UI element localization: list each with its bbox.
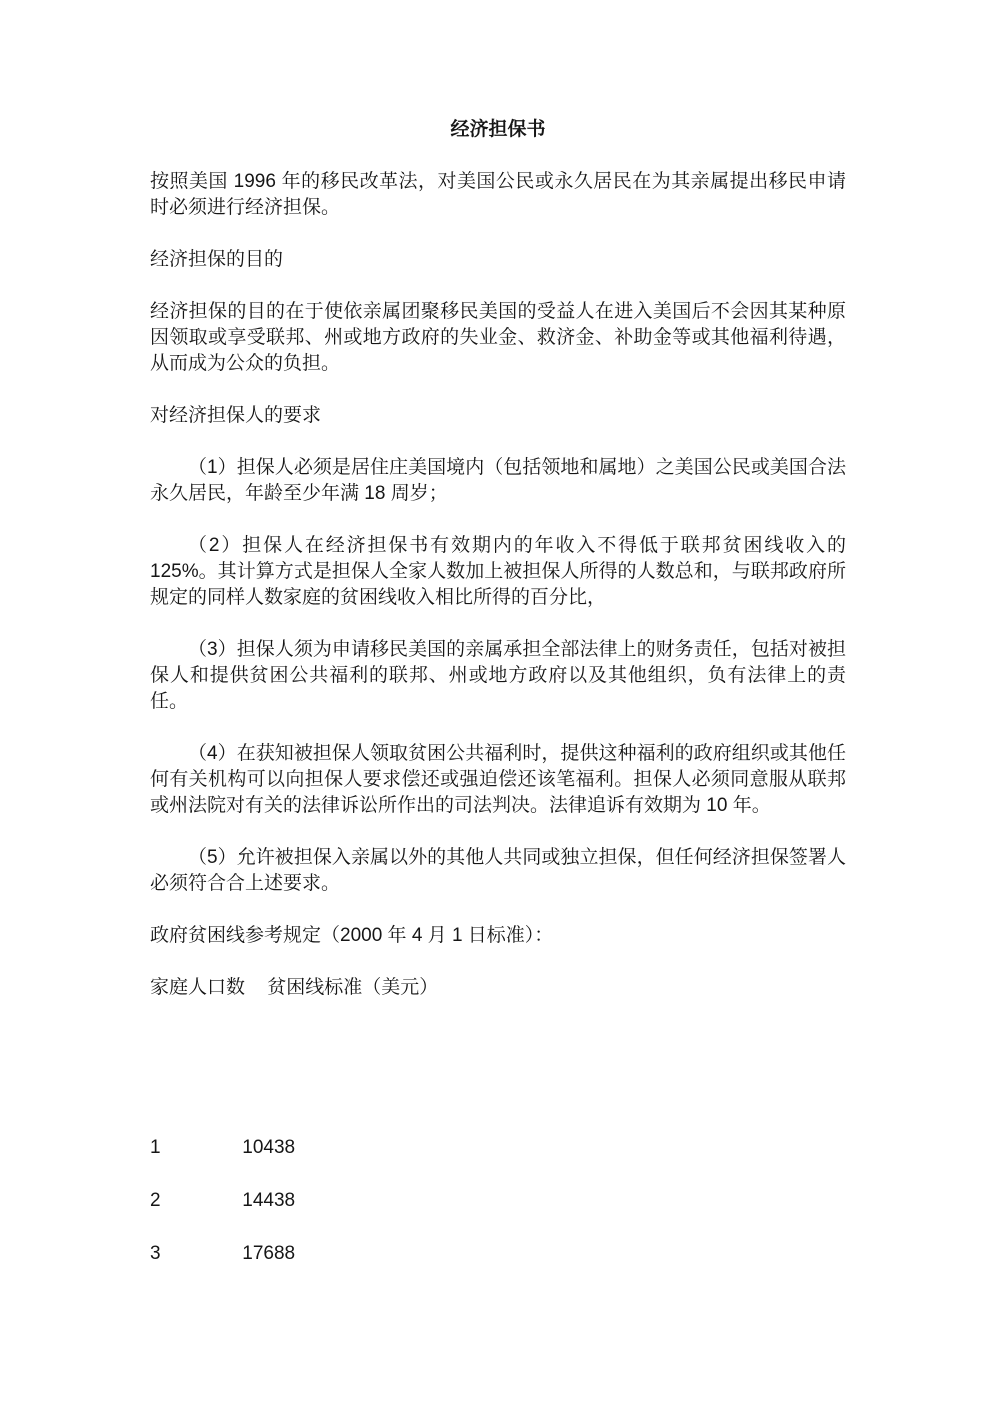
- requirement-item-2: （2）担保人在经济担保书有效期内的年收入不得低于联邦贫困线收入的 125%。其计…: [150, 533, 846, 611]
- column-header-poverty-line: 贫困线标准（美元）: [267, 977, 438, 998]
- requirement-item-1: （1）担保人必须是居住庄美国境内（包括领地和属地）之美国公民或美国合法永久居民，…: [150, 455, 846, 507]
- family-size-cell: 2: [150, 1188, 237, 1214]
- column-header-family-size: 家庭人口数: [150, 975, 262, 1001]
- table-row: 1 10438: [150, 1135, 846, 1161]
- poverty-amount-cell: 17688: [242, 1243, 295, 1264]
- requirements-heading: 对经济担保人的要求: [150, 403, 846, 429]
- family-size-cell: 1: [150, 1135, 237, 1161]
- requirement-item-4: （4）在获知被担保人领取贫困公共福利时，提供这种福利的政府组织或其他任何有关机构…: [150, 741, 846, 819]
- poverty-table-header: 家庭人口数 贫困线标准（美元）: [150, 975, 846, 1001]
- purpose-paragraph: 经济担保的目的在于使依亲属团聚移民美国的受益人在进入美国后不会因其某种原因领取或…: [150, 299, 846, 377]
- table-row: 2 14438: [150, 1188, 846, 1214]
- intro-paragraph: 按照美国 1996 年的移民改革法，对美国公民或永久居民在为其亲属提出移民申请时…: [150, 169, 846, 221]
- document-page: 经济担保书 按照美国 1996 年的移民改革法，对美国公民或永久居民在为其亲属提…: [0, 0, 993, 1404]
- poverty-guideline-heading: 政府贫困线参考规定（2000 年 4 月 1 日标准）：: [150, 923, 846, 949]
- document-title: 经济担保书: [150, 117, 846, 143]
- table-row: 3 17688: [150, 1241, 846, 1267]
- requirement-item-3: （3）担保人须为申请移民美国的亲属承担全部法律上的财务责任，包括对被担保人和提供…: [150, 637, 846, 715]
- family-size-cell: 3: [150, 1241, 237, 1267]
- purpose-heading: 经济担保的目的: [150, 247, 846, 273]
- requirement-item-5: （5）允许被担保入亲属以外的其他人共同或独立担保，但任何经济担保签署人必须符合合…: [150, 845, 846, 897]
- poverty-amount-cell: 10438: [242, 1137, 295, 1158]
- poverty-amount-cell: 14438: [242, 1190, 295, 1211]
